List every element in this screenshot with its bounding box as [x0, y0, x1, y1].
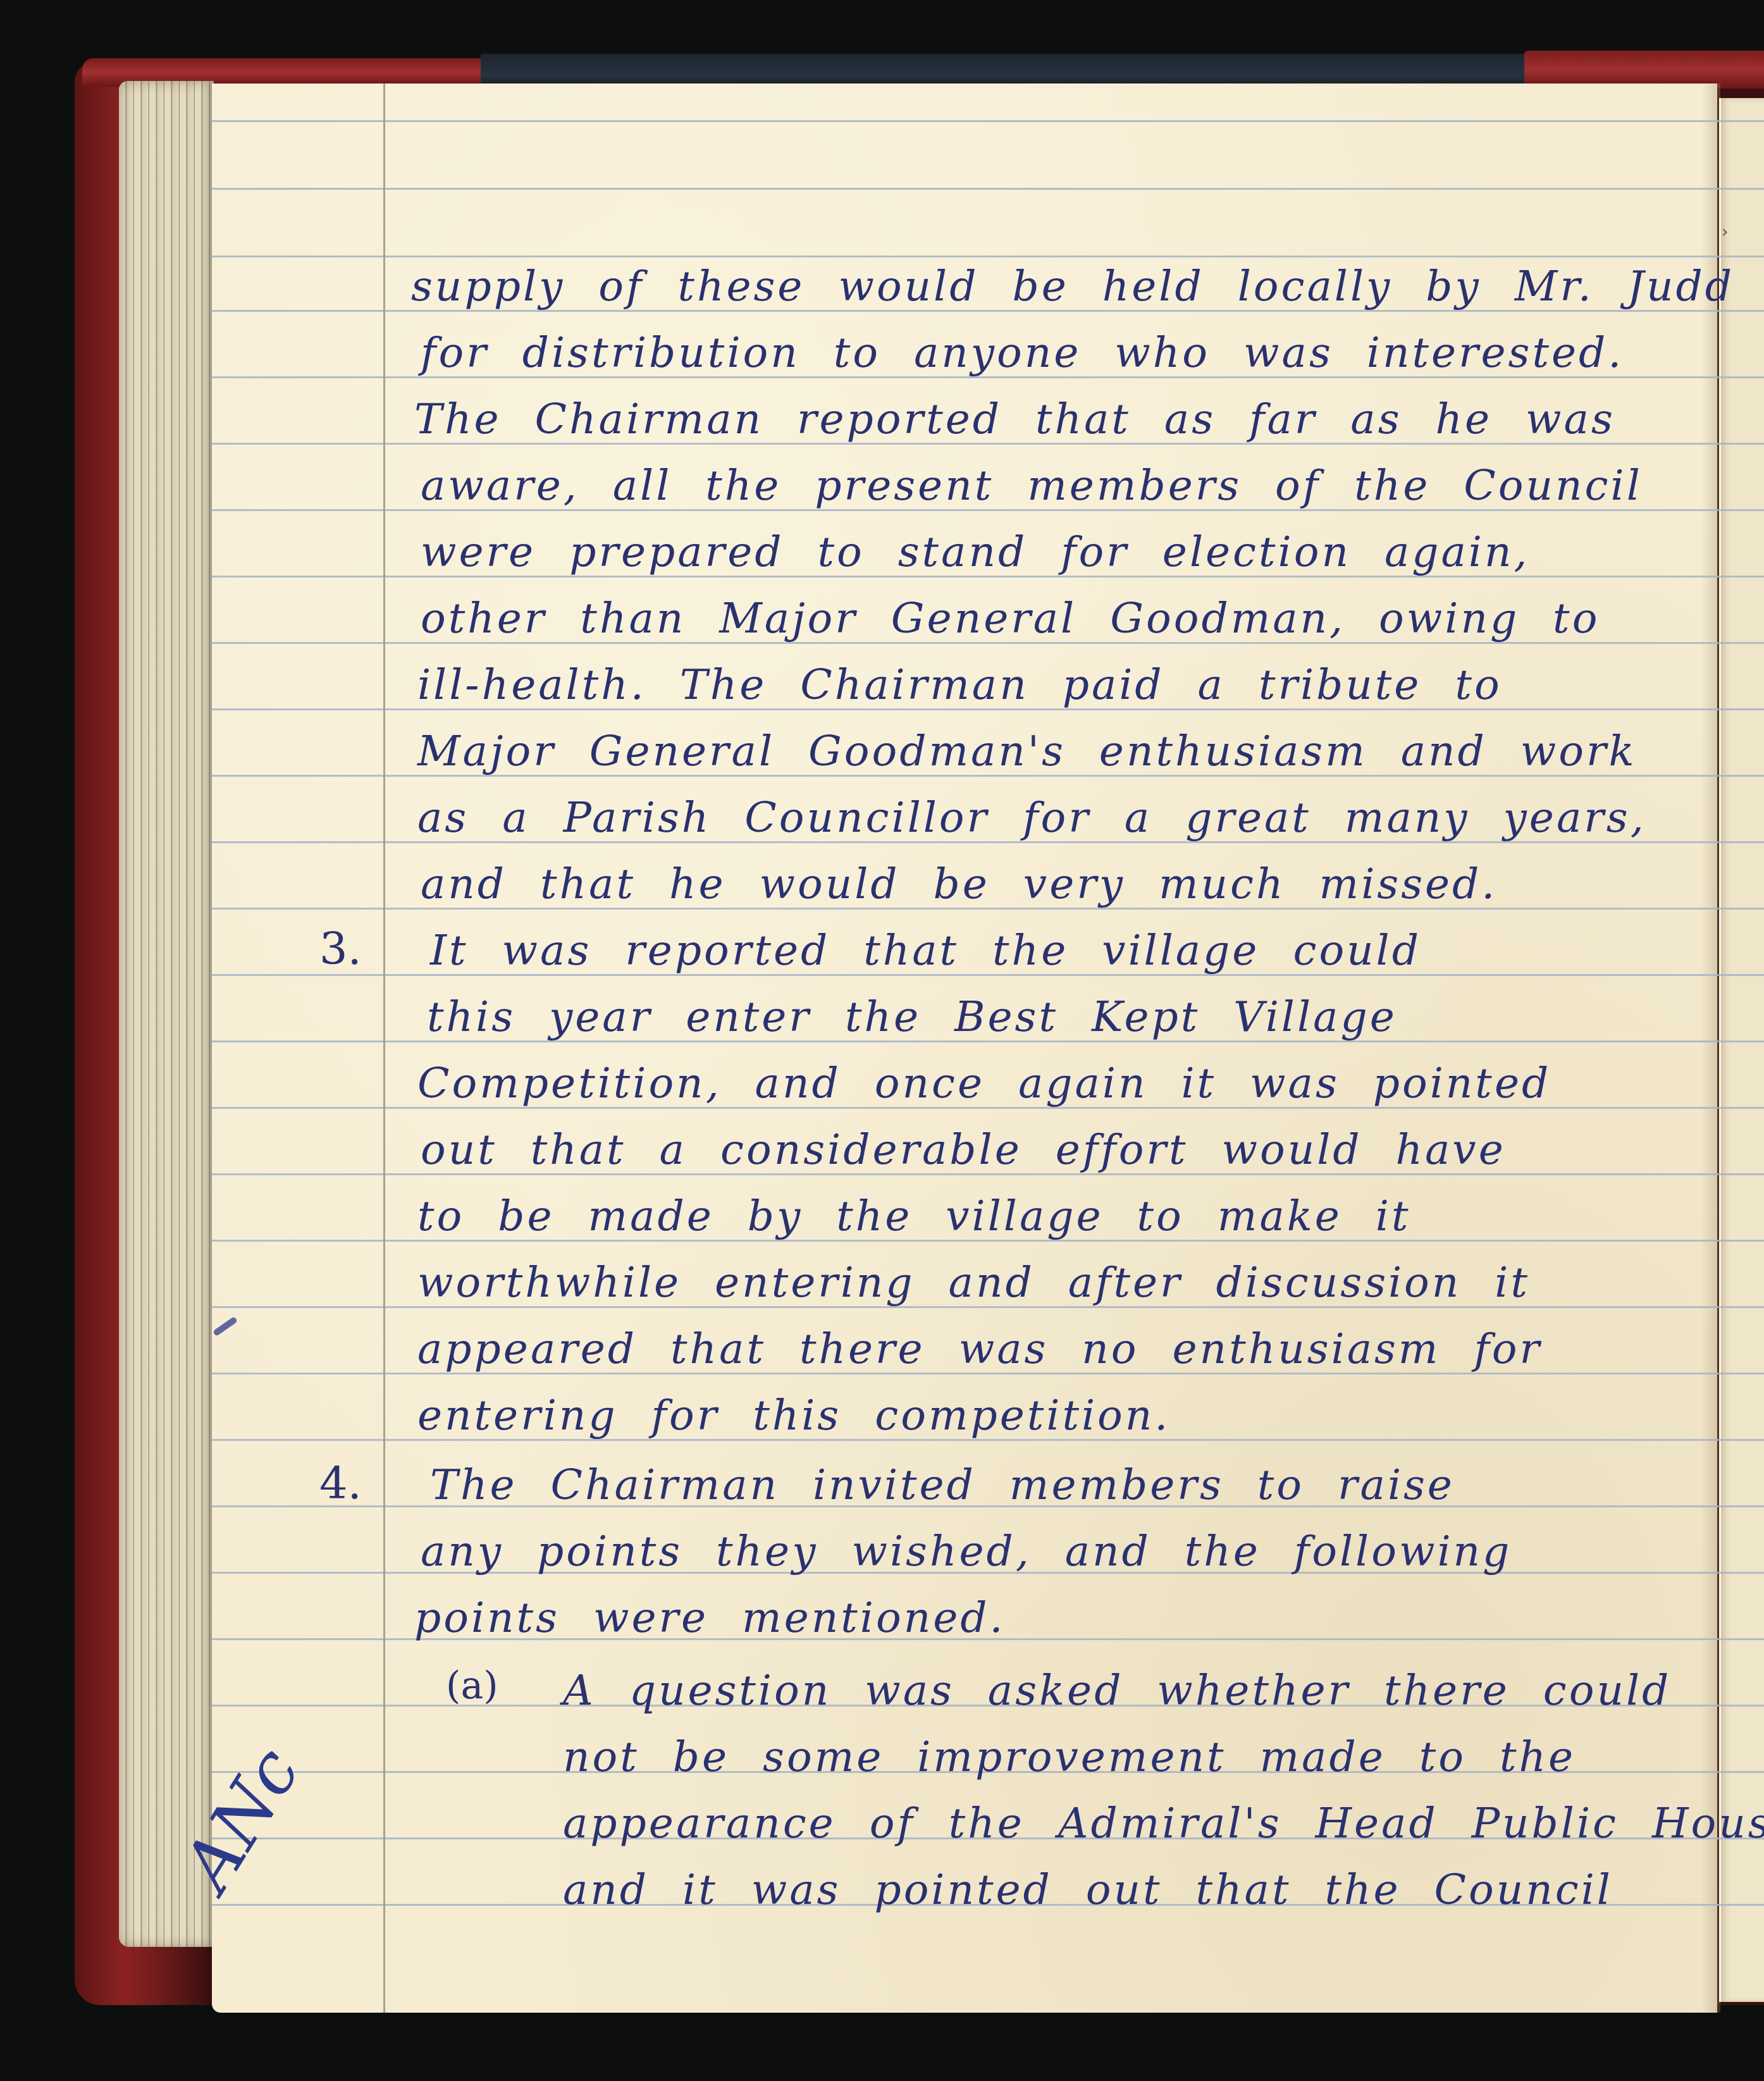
text-line: It was reported that the village could: [430, 930, 1421, 972]
page-edges-stack: [119, 81, 214, 1947]
text-line: any points they wished, and the followin…: [421, 1531, 1512, 1572]
text-line: supply of these would be held locally by…: [411, 266, 1734, 307]
text-line: worthwhile entering and after discussion…: [417, 1262, 1530, 1304]
text-line: appeared that there was no enthusiasm fo…: [417, 1328, 1542, 1370]
margin-line: [383, 83, 385, 2013]
edge-mark: ›: [1722, 223, 1728, 242]
text-line: to be made by the village to make it: [417, 1195, 1410, 1237]
text-line: The Chairman invited members to raise: [430, 1464, 1455, 1506]
text-line: Competition, and once again it was point…: [417, 1063, 1551, 1104]
text-line: not be some improvement made to the: [563, 1736, 1576, 1778]
text-line: other than Major General Goodman, owing …: [421, 598, 1600, 639]
text-line: this year enter the Best Kept Village: [427, 996, 1397, 1038]
text-line: A question was asked whether there could: [563, 1670, 1671, 1712]
item-number: 3.: [319, 927, 362, 971]
text-line: The Chairman reported that as far as he …: [414, 398, 1615, 440]
text-line: Major General Goodman's enthusiasm and w…: [417, 731, 1637, 772]
item-number: 4.: [319, 1461, 362, 1505]
gutter-shadow: [1701, 83, 1720, 2013]
opposite-page-edge: [1719, 98, 1764, 2002]
text-line: out that a considerable effort would hav…: [421, 1129, 1506, 1171]
text-line: entering for this competition.: [417, 1395, 1170, 1436]
text-line: as a Parish Councillor for a great many …: [417, 797, 1646, 839]
cover-top-edge-right: [1524, 51, 1764, 89]
text-line: and it was pointed out that the Council: [563, 1869, 1613, 1911]
subitem-label: (a): [446, 1667, 498, 1705]
text-line: appearance of the Admiral's Head Public …: [563, 1803, 1764, 1844]
text-line: points were mentioned.: [414, 1597, 1005, 1639]
text-line: and that he would be very much missed.: [421, 863, 1497, 905]
text-line: aware, all the present members of the Co…: [421, 465, 1643, 507]
text-line: were prepared to stand for election agai…: [421, 531, 1529, 573]
text-line: for distribution to anyone who was inter…: [421, 332, 1624, 374]
text-line: ill-health. The Chairman paid a tribute …: [417, 664, 1502, 706]
